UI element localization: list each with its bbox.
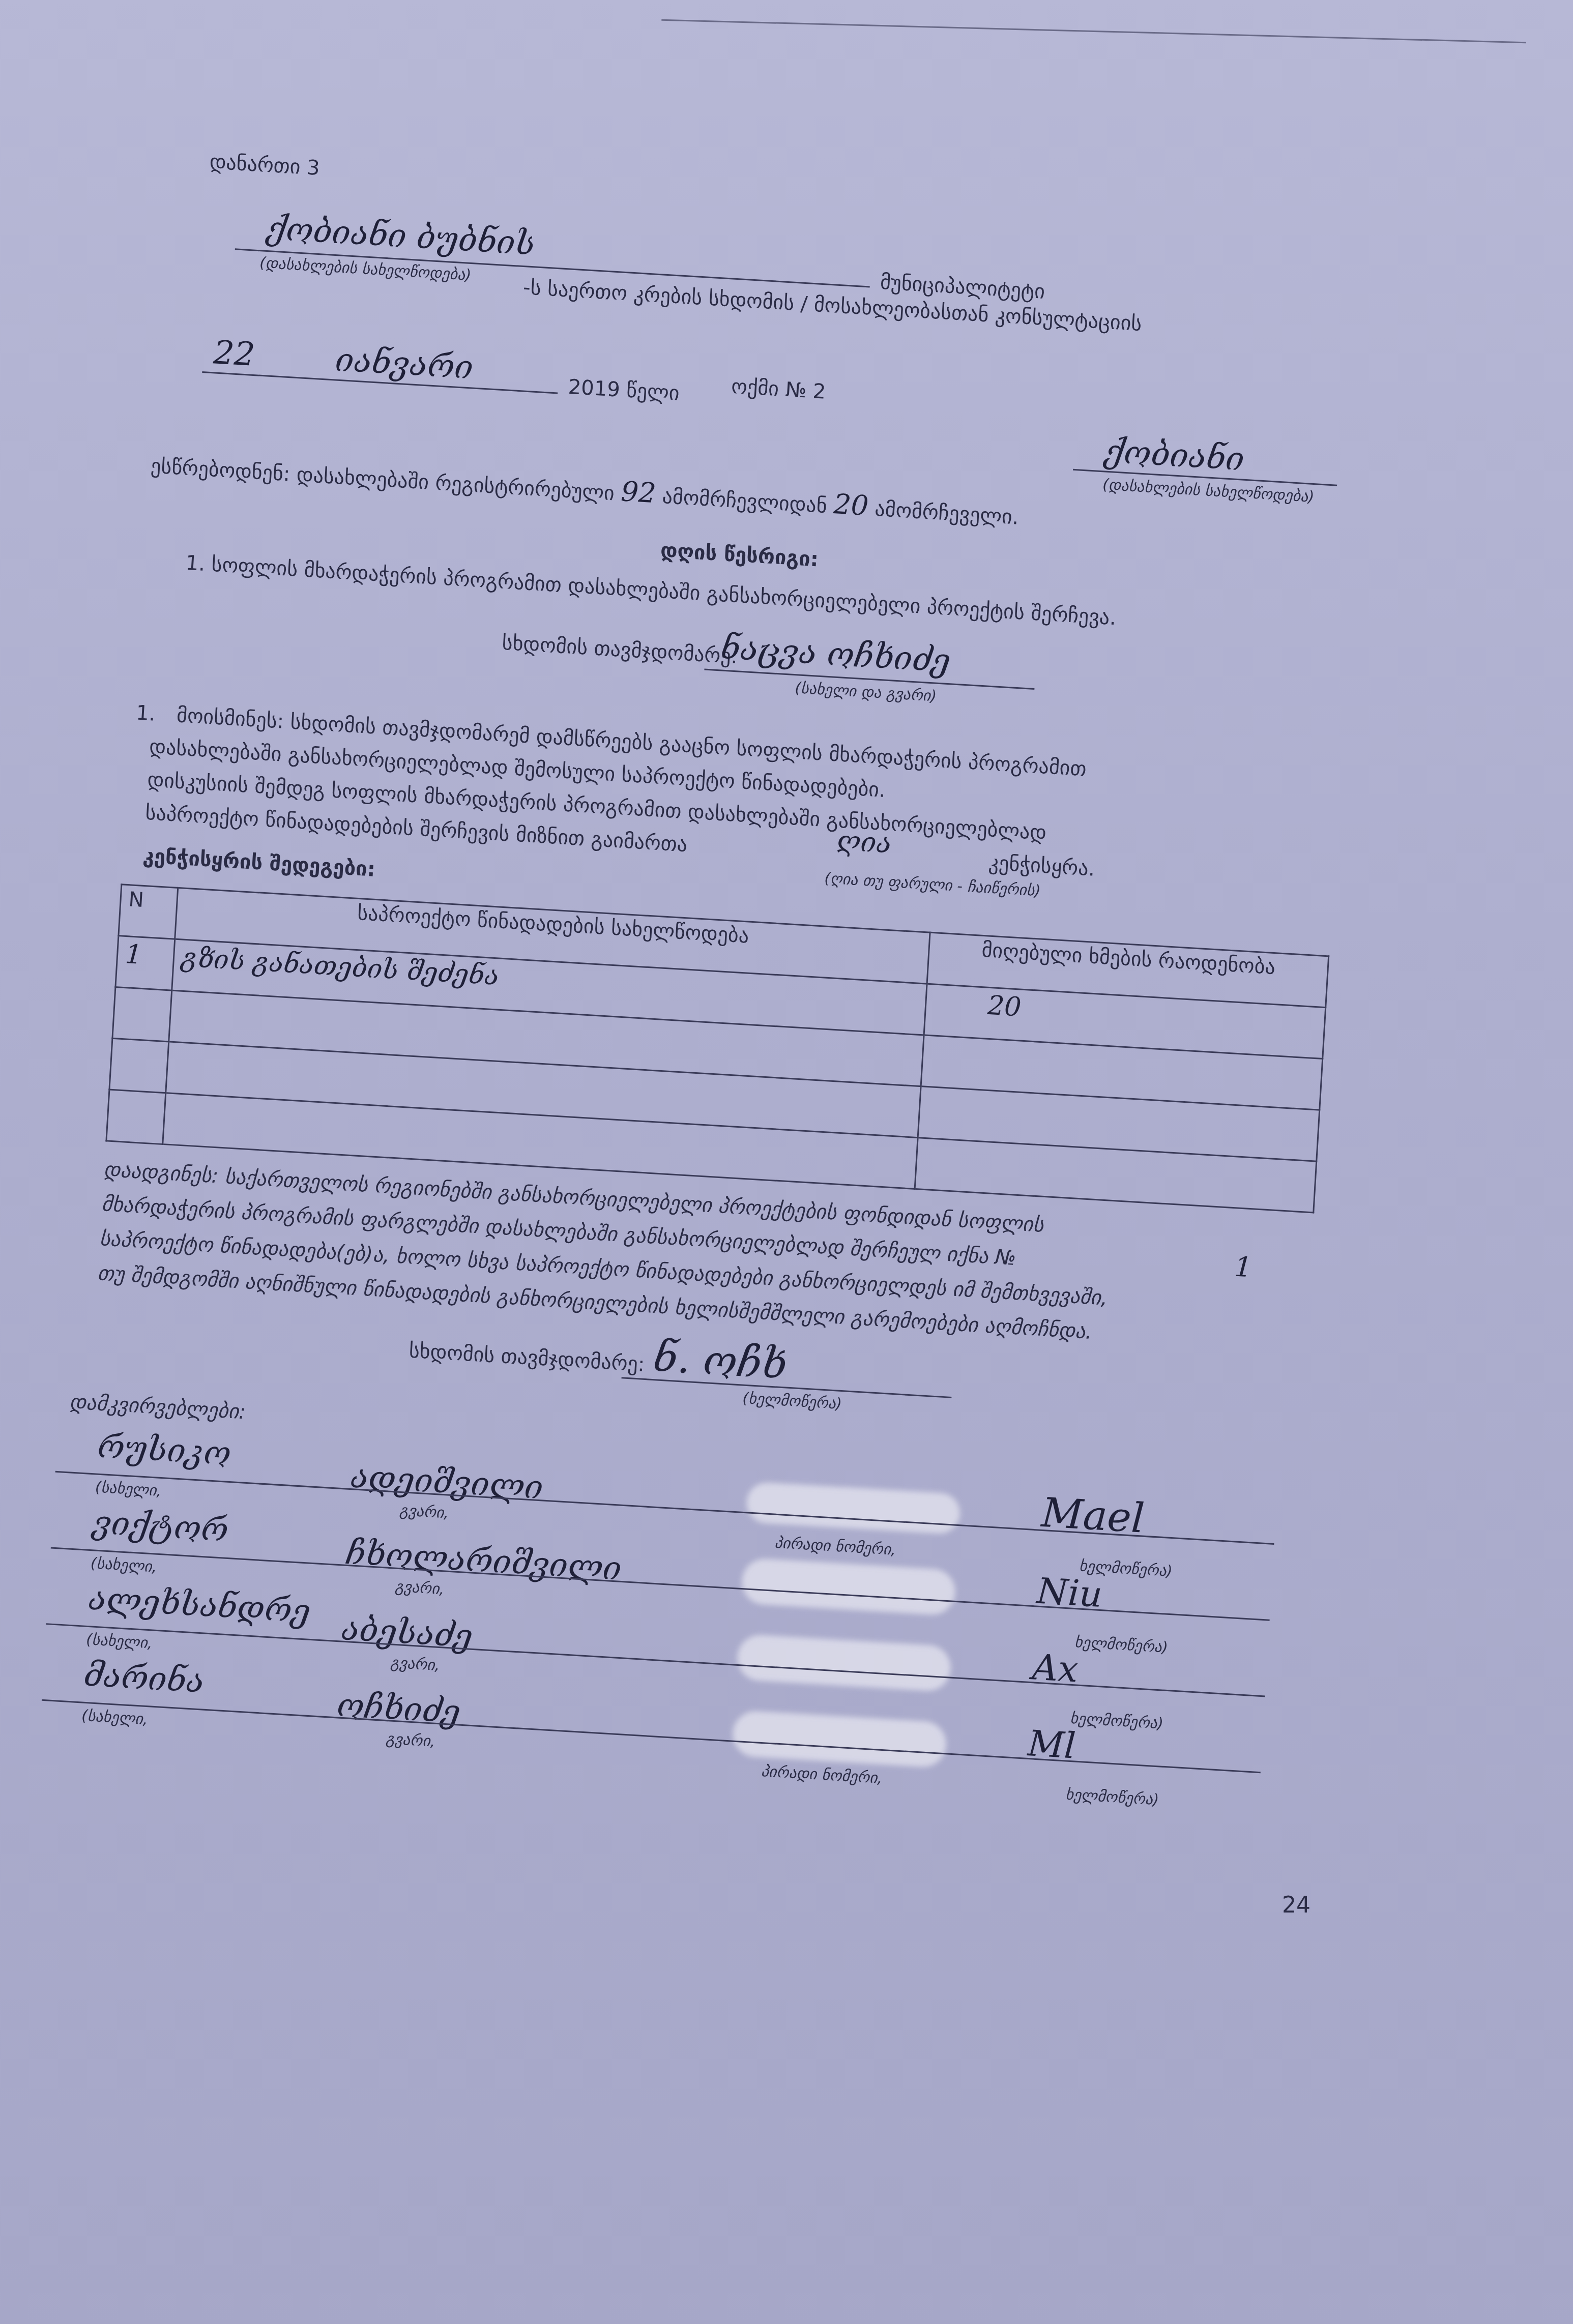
- date-day: 22: [213, 334, 256, 374]
- page-number: 24: [1282, 1892, 1310, 1918]
- caption-last: გვარი,: [390, 1654, 441, 1674]
- present-count: 20: [833, 488, 869, 522]
- heard-number: 1.: [135, 701, 156, 725]
- cell-n: [112, 987, 172, 1041]
- registered-count: 92: [620, 475, 657, 509]
- signer-first-name: ვიქტორ: [92, 1504, 229, 1549]
- cell-n: 1: [115, 936, 175, 990]
- caption-last: გვარი,: [394, 1578, 445, 1599]
- caption-last: გვარი,: [386, 1730, 436, 1751]
- selected-number: 1: [1234, 1250, 1253, 1283]
- signer-first-name: რუსიკო: [97, 1428, 232, 1473]
- signer-first-name: მარინა: [83, 1656, 205, 1701]
- caption-last: გვარი,: [399, 1502, 449, 1522]
- cell-n: [106, 1090, 166, 1144]
- cell-n: [109, 1038, 169, 1093]
- header-n: N: [119, 885, 178, 939]
- signer-signature: Mael: [1040, 1489, 1146, 1542]
- contest-type: ღია: [836, 825, 892, 860]
